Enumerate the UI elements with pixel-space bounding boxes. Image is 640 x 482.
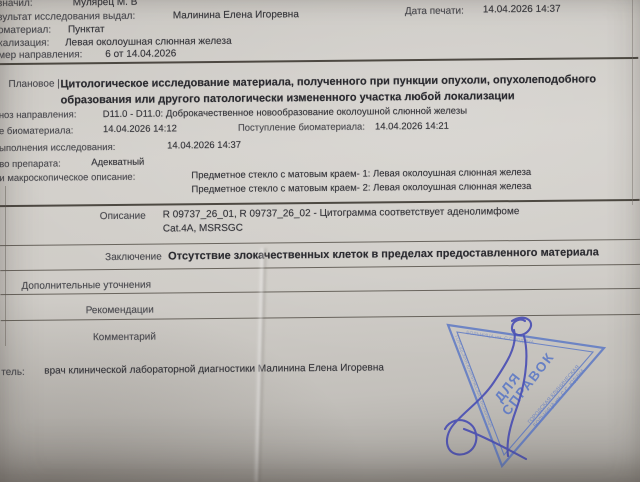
divider-line (0, 239, 640, 246)
field-value-test-completed: 14.04.2026 14:37 (167, 140, 241, 152)
document-content: значил: Мулярец М. В зультат исследовани… (0, 0, 640, 482)
field-value-macro-line2: Предметное стекло с матовым краем- 2: Ле… (191, 181, 531, 195)
divider-line (0, 57, 638, 65)
paper-edge-right (632, 0, 633, 205)
field-value-localization: Левая околоушная слюнная железа (65, 36, 232, 49)
field-label-comment: Комментарий (93, 332, 156, 344)
field-value-conclusion: Отсутствие злокачественных клеток в пред… (168, 246, 599, 262)
field-value-referral-diagnosis: D11.0 - D11.0: Доброкачественное новообр… (103, 106, 467, 120)
field-label-biomaterial-receipt: Поступление биоматериала: (238, 122, 365, 134)
divider-line (0, 264, 640, 271)
field-label-biomaterial: оматериал: (0, 25, 51, 37)
field-label-print-date: Дата печати: (405, 6, 464, 18)
field-label-assigned-by: значил: (0, 0, 33, 9)
field-label-macro-description: и макроскопическое описание: (0, 172, 135, 184)
field-value-specimen-quality: Адекватный (91, 157, 144, 169)
field-label-description: Описание (100, 211, 146, 222)
field-value-description-line2: Cat.4A, MSRSGC (163, 223, 243, 235)
divider-line (0, 199, 640, 207)
field-label-executor: тель: (1, 367, 25, 378)
field-value-biomaterial-receipt: 14.04.2026 14:21 (375, 121, 449, 133)
service-name: Цитологическое исследование материала, п… (60, 71, 605, 108)
field-label-recommendations: Рекомендации (86, 305, 154, 317)
field-label-specimen-quality: во препарата: (0, 158, 61, 170)
field-value-description-line1: R 09737_26_01, R 09737_26_02 - Цитограмм… (163, 206, 520, 220)
paper-edge-left (5, 186, 6, 346)
field-value-referral-number: 6 от 14.04.2026 (105, 48, 176, 60)
field-label-referral-number: мер направления: (0, 49, 82, 61)
field-label-service-mode: Плановое | (8, 78, 59, 89)
field-value-result-issued-by: Малинина Елена Игоревна (173, 9, 299, 21)
field-value-biomaterial-collection: 14.04.2026 14:12 (103, 123, 177, 135)
field-value-print-date: 14.04.2026 14:37 (483, 4, 561, 16)
field-label-biomaterial-collection: е биоматериала: (0, 125, 73, 137)
field-value-biomaterial: Пунктат (68, 24, 105, 35)
field-label-referral-diagnosis: ноз направления: (0, 109, 76, 121)
field-label-localization: кализация: (0, 38, 49, 49)
field-label-additional-clarifications: Дополнительные уточнения (21, 280, 151, 292)
field-value-assigned-by: Мулярец М. В (73, 0, 138, 8)
field-value-executor: врач клинической лабораторной диагностик… (44, 362, 384, 376)
field-value-macro-line1: Предметное стекло с матовым краем- 1: Ле… (191, 167, 531, 181)
field-label-result-issued-by: зультат исследования выдал: (0, 11, 135, 23)
field-label-test-completed: ыполнения исследования: (0, 142, 115, 154)
field-label-conclusion: Заключение (105, 252, 162, 264)
photographed-document: значил: Мулярец М. В зультат исследовани… (0, 0, 640, 482)
